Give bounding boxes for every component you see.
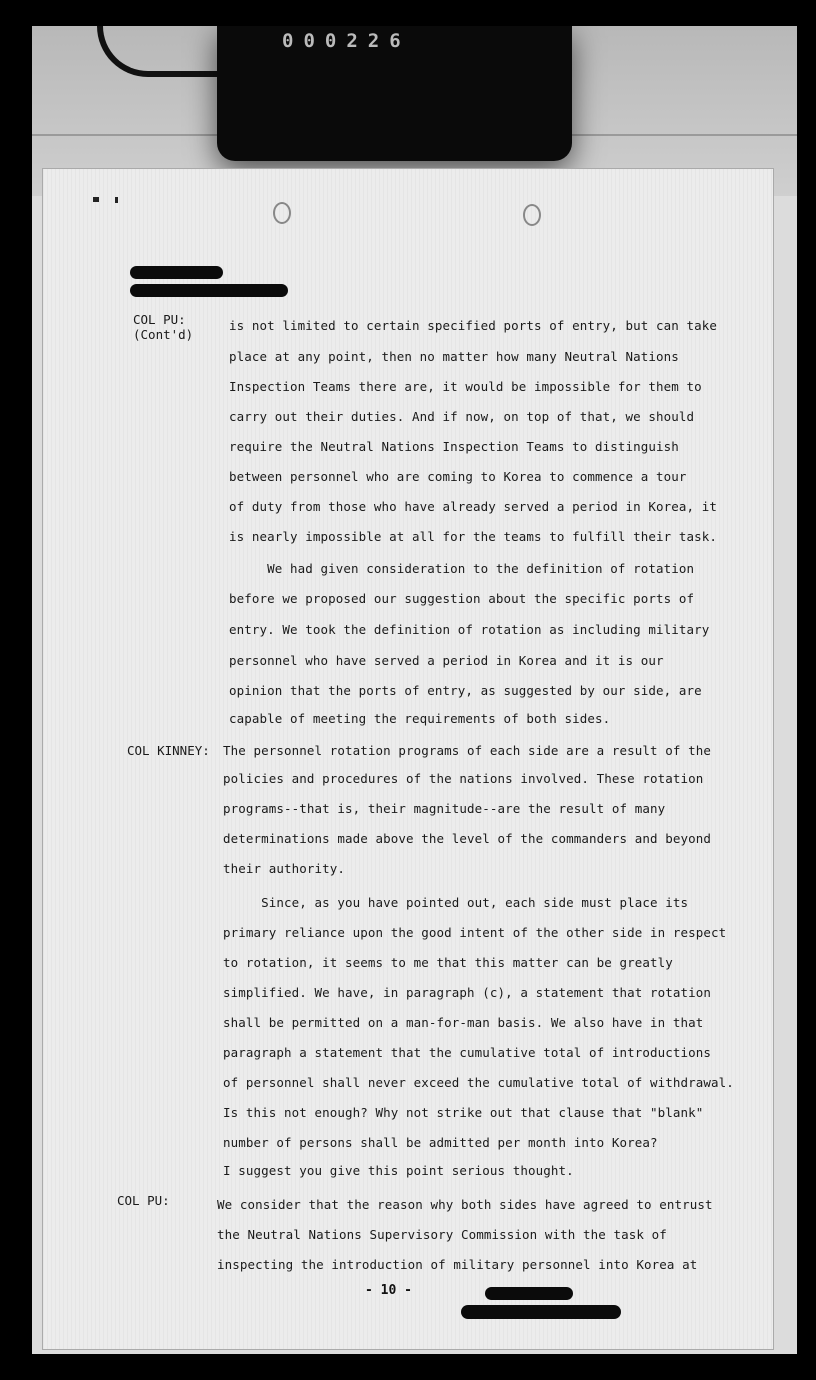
- classification-redaction-top: [130, 266, 223, 279]
- text-line: We consider that the reason why both sid…: [217, 1197, 713, 1212]
- text-line: entry. We took the definition of rotatio…: [229, 622, 709, 637]
- text-line: place at any point, then no matter how m…: [229, 349, 679, 364]
- speaker-label: COL PU: (Cont'd): [133, 312, 193, 342]
- speaker-label: COL KINNEY:: [127, 743, 210, 758]
- text-line: I suggest you give this point serious th…: [223, 1163, 574, 1178]
- text-line: carry out their duties. And if now, on t…: [229, 409, 694, 424]
- text-line: of personnel shall never exceed the cumu…: [223, 1075, 734, 1090]
- text-line: shall be permitted on a man-for-man basi…: [223, 1015, 703, 1030]
- text-line: is nearly impossible at all for the team…: [229, 529, 717, 544]
- text-line: Since, as you have pointed out, each sid…: [223, 895, 688, 910]
- classification-redaction-top: [130, 284, 288, 297]
- speaker-label: COL PU:: [117, 1193, 170, 1208]
- text-line: before we proposed our suggestion about …: [229, 591, 694, 606]
- text-line: opinion that the ports of entry, as sugg…: [229, 683, 702, 698]
- microfilm-frame: 000226 COL PU: (Cont'd) is not limited t…: [32, 26, 797, 1354]
- text-line: the Neutral Nations Supervisory Commissi…: [217, 1227, 667, 1242]
- text-line: is not limited to certain specified port…: [229, 318, 717, 333]
- punch-hole-left: [273, 202, 291, 224]
- text-line: Inspection Teams there are, it would be …: [229, 379, 702, 394]
- text-line: personnel who have served a period in Ko…: [229, 653, 664, 668]
- document-page: COL PU: (Cont'd) is not limited to certa…: [42, 168, 774, 1350]
- text-line: their authority.: [223, 861, 345, 876]
- text-line: The personnel rotation programs of each …: [223, 743, 711, 758]
- text-line: programs--that is, their magnitude--are …: [223, 801, 665, 816]
- punch-hole-right: [523, 204, 541, 226]
- text-line: inspecting the introduction of military …: [217, 1257, 697, 1272]
- classification-redaction-bottom: [485, 1287, 573, 1300]
- frame-counter: 000226: [282, 30, 411, 52]
- text-line: between personnel who are coming to Kore…: [229, 469, 687, 484]
- text-line: paragraph a statement that the cumulativ…: [223, 1045, 711, 1060]
- text-line: Is this not enough? Why not strike out t…: [223, 1105, 703, 1120]
- scan-speck: [93, 197, 99, 202]
- page-number: - 10 -: [365, 1283, 412, 1298]
- scan-speck: [115, 197, 118, 203]
- text-line: to rotation, it seems to me that this ma…: [223, 955, 673, 970]
- text-line: policies and procedures of the nations i…: [223, 771, 703, 786]
- text-line: simplified. We have, in paragraph (c), a…: [223, 985, 711, 1000]
- text-line: require the Neutral Nations Inspection T…: [229, 439, 679, 454]
- text-line: capable of meeting the requirements of b…: [229, 711, 610, 726]
- classification-redaction-bottom: [461, 1305, 621, 1319]
- text-line: of duty from those who have already serv…: [229, 499, 717, 514]
- text-line: We had given consideration to the defini…: [229, 561, 694, 576]
- text-line: number of persons shall be admitted per …: [223, 1135, 658, 1150]
- text-line: determinations made above the level of t…: [223, 831, 711, 846]
- text-line: primary reliance upon the good intent of…: [223, 925, 726, 940]
